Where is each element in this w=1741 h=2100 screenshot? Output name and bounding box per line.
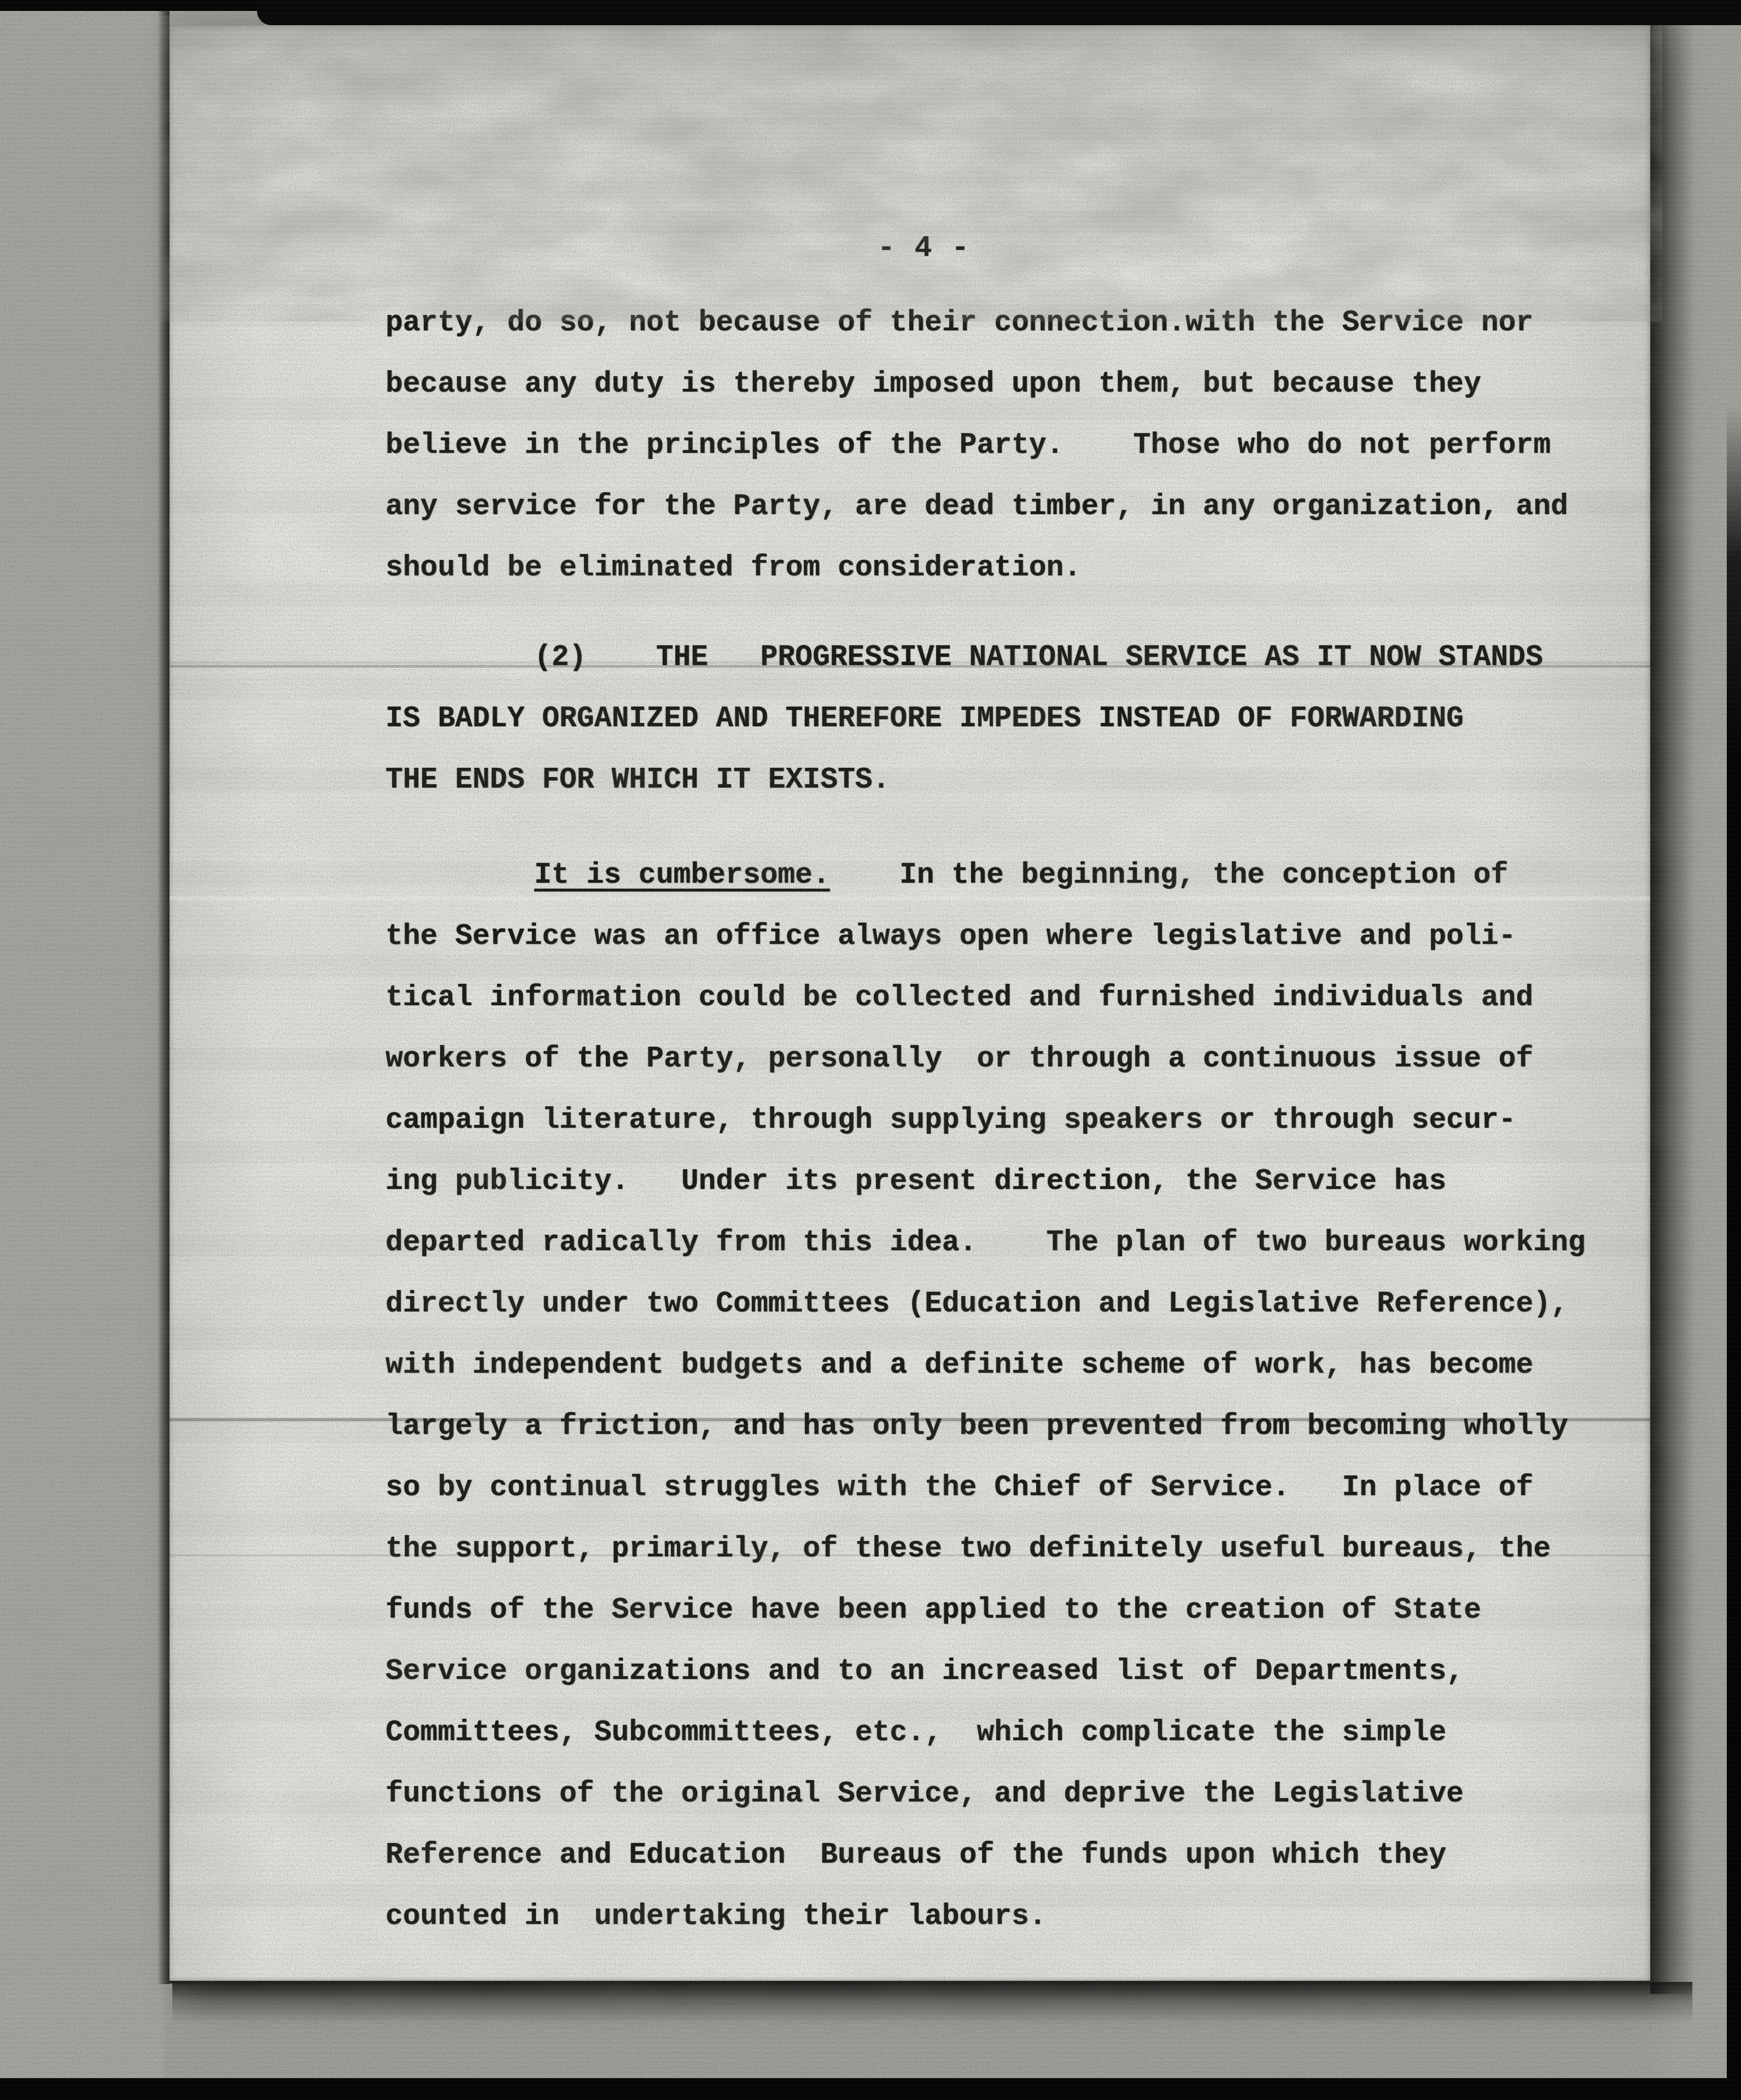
paragraph-continuation: party, do so, not because of their conne… [385, 292, 1632, 598]
text-line: directly under two Committees (Education… [385, 1273, 1632, 1334]
document-body: party, do so, not because of their conne… [385, 292, 1632, 1947]
text-line: largely a friction, and has only been pr… [385, 1396, 1632, 1457]
text-line: because any duty is thereby imposed upon… [385, 353, 1632, 415]
text-line: tical information could be collected and… [385, 967, 1632, 1028]
top-black-border [257, 0, 1741, 25]
paper-left-edge-crease [157, 10, 170, 1984]
underlined-phrase: It is cumbersome. [534, 859, 830, 891]
text-line: should be eliminated from consideration. [385, 537, 1632, 598]
paragraph-heading-section-2: (2) THE PROGRESSIVE NATIONAL SERVICE AS … [385, 627, 1632, 810]
text-line: any service for the Party, are dead timb… [385, 476, 1632, 537]
scanned-document-page: - 4 - party, do so, not because of their… [0, 0, 1741, 2100]
text-line: ing publicity. Under its present directi… [385, 1151, 1632, 1212]
text-line: (2) THE PROGRESSIVE NATIONAL SERVICE AS … [385, 627, 1632, 688]
paper-sheet: - 4 - party, do so, not because of their… [170, 25, 1650, 1981]
text-line: departed radically from this idea. The p… [385, 1212, 1632, 1273]
text-line: THE ENDS FOR WHICH IT EXISTS. [385, 749, 1632, 810]
text-line: Committees, Subcommittees, etc., which c… [385, 1702, 1632, 1763]
paper-bottom-shadow [172, 1982, 1692, 2023]
text-run: In the beginning, the conception of [830, 859, 1508, 891]
text-line: believe in the principles of the Party. … [385, 415, 1632, 476]
text-line: Service organizations and to an increase… [385, 1641, 1632, 1702]
bottom-black-border [0, 2078, 1741, 2100]
text-line: campaign literature, through supplying s… [385, 1089, 1632, 1151]
paragraph-it-is-cumbersome: It is cumbersome. In the beginning, the … [385, 844, 1632, 1947]
text-line: funds of the Service have been applied t… [385, 1579, 1632, 1641]
text-line: the support, primarily, of these two def… [385, 1518, 1632, 1579]
text-line: with independent budgets and a definite … [385, 1334, 1632, 1396]
text-line: It is cumbersome. In the beginning, the … [385, 844, 1632, 906]
paper-right-shadow [1650, 25, 1694, 1994]
text-line: workers of the Party, personally or thro… [385, 1028, 1632, 1089]
text-line: IS BADLY ORGANIZED AND THEREFORE IMPEDES… [385, 688, 1632, 749]
text-line: Reference and Education Bureaus of the f… [385, 1824, 1632, 1886]
text-line: the Service was an office always open wh… [385, 906, 1632, 967]
text-line: counted in undertaking their labours. [385, 1886, 1632, 1947]
text-line: party, do so, not because of their conne… [385, 292, 1632, 353]
page-number: - 4 - [878, 218, 970, 279]
right-black-border [1727, 0, 1741, 2078]
text-line: so by continual struggles with the Chief… [385, 1457, 1632, 1518]
text-line: functions of the original Service, and d… [385, 1763, 1632, 1824]
